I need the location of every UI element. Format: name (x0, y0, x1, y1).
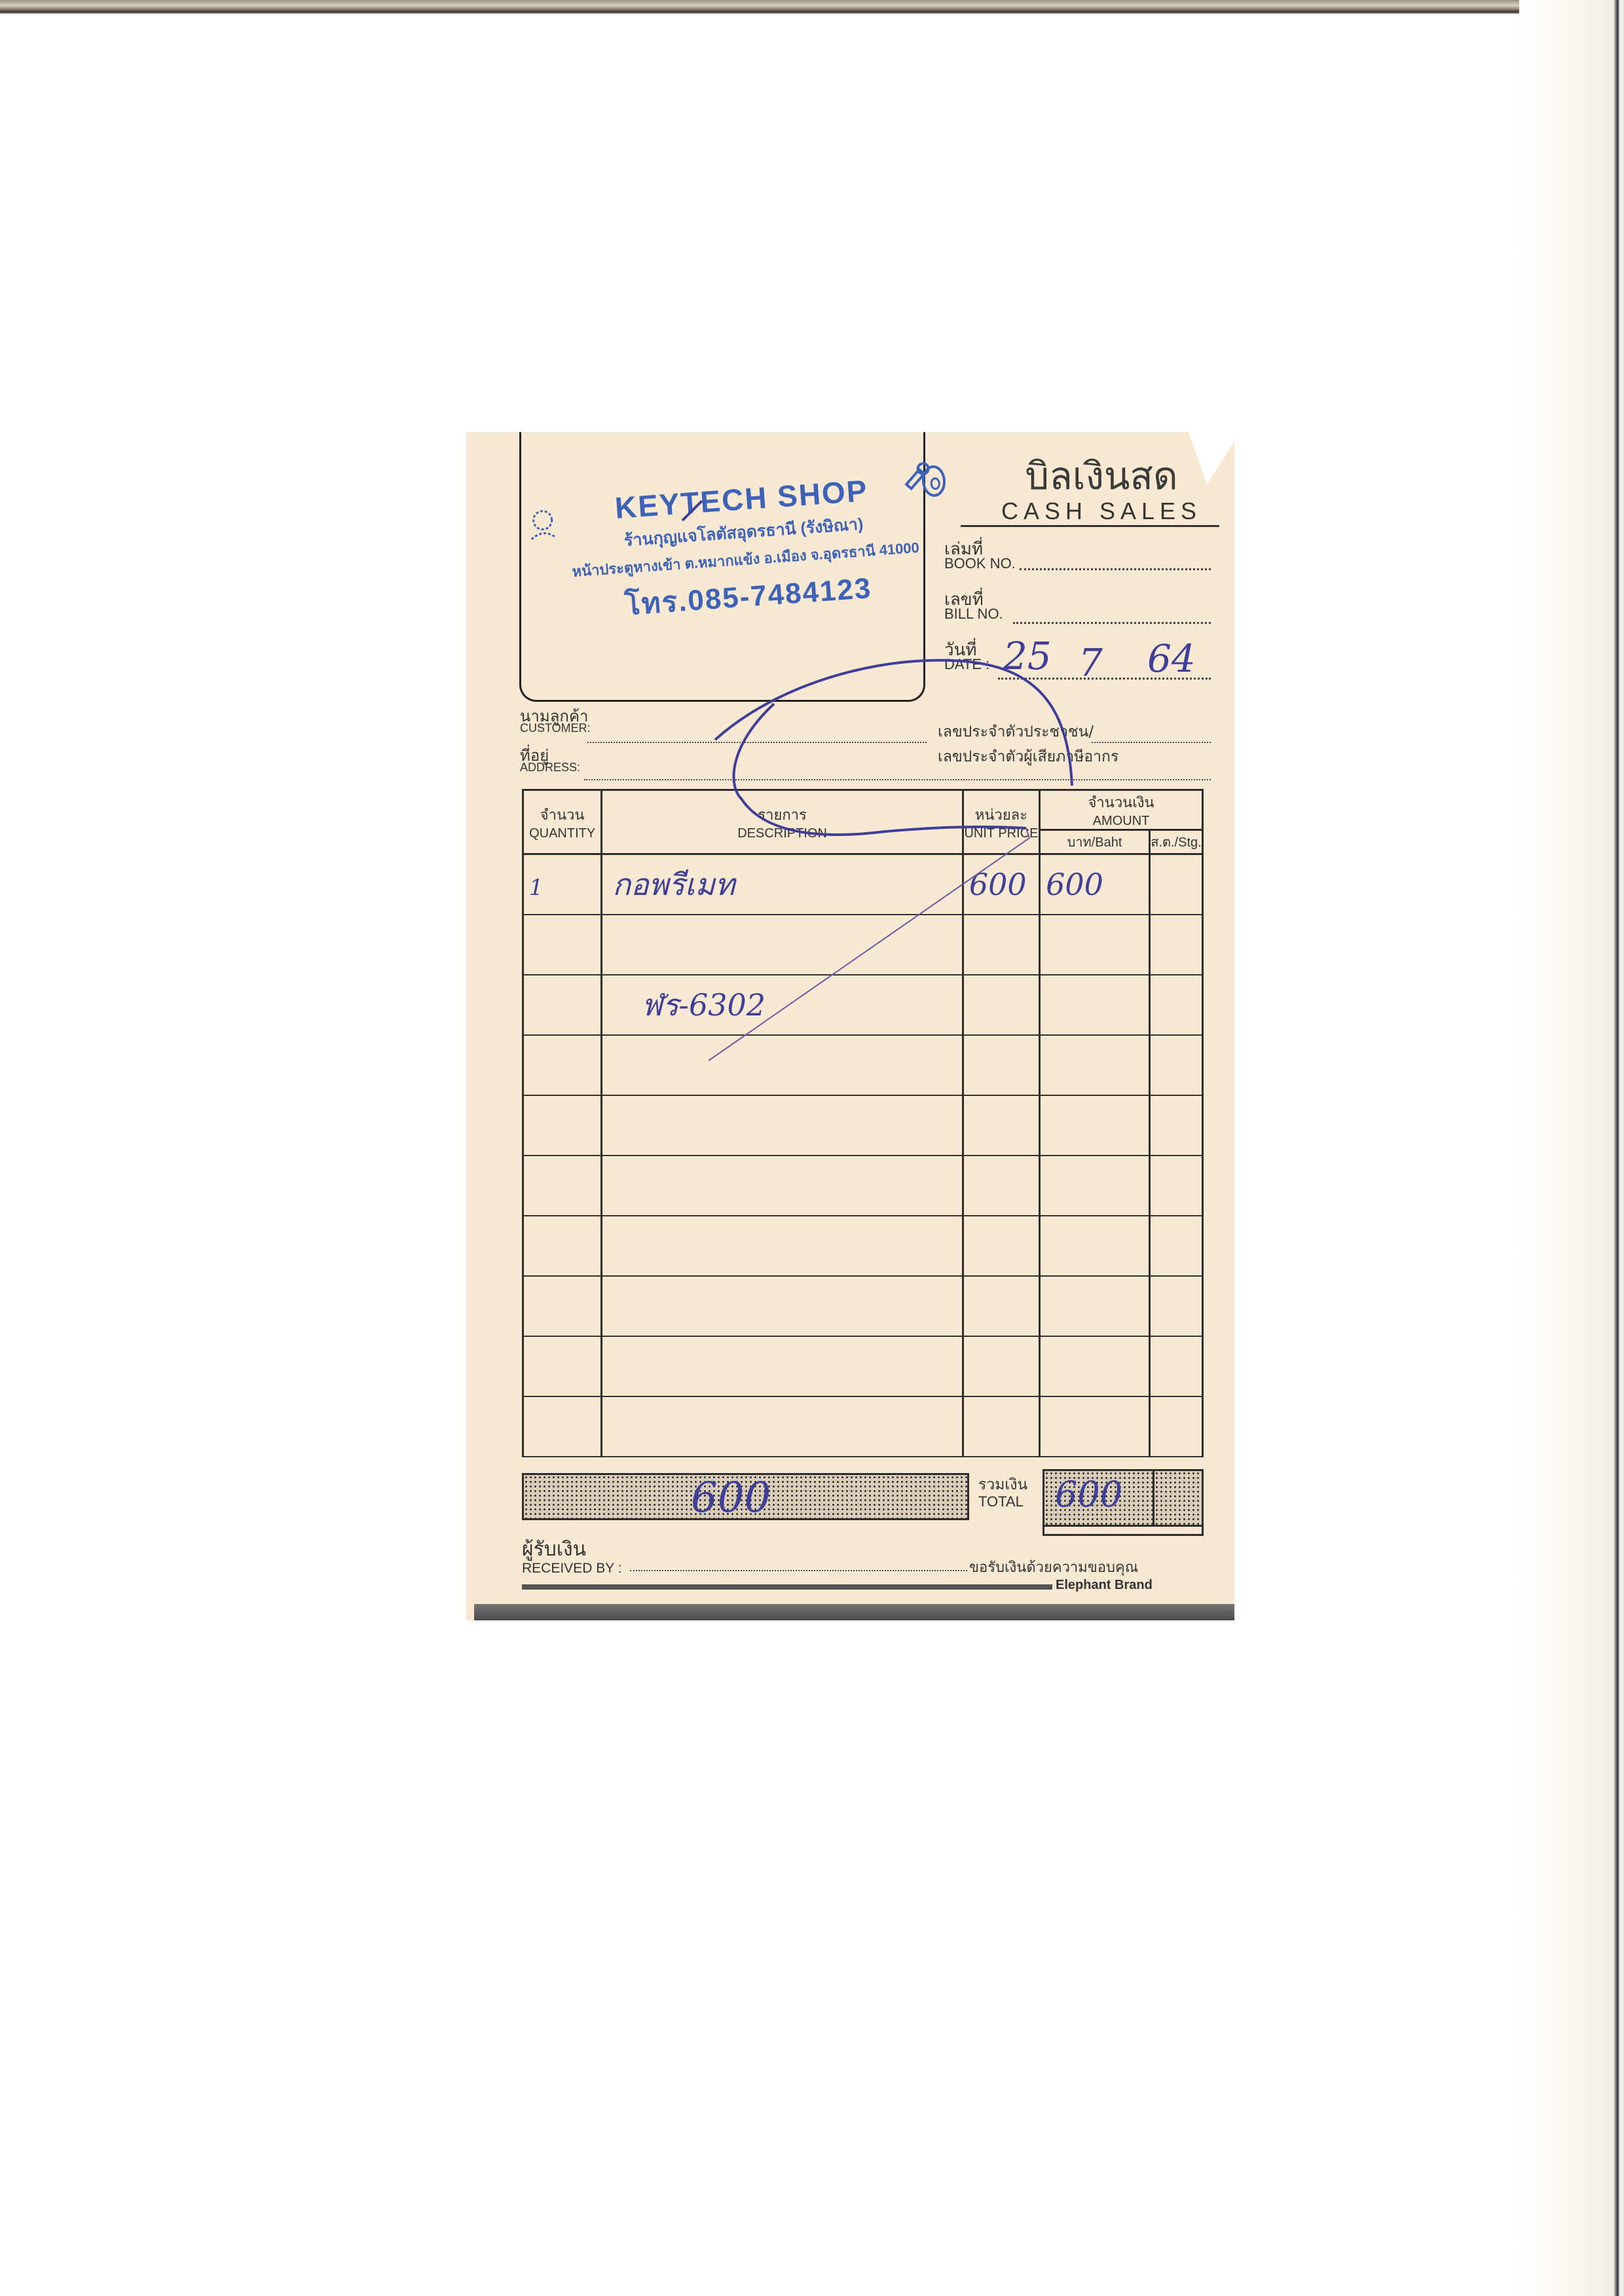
customer-name-field[interactable] (587, 742, 927, 743)
handwritten-value (1151, 867, 1156, 902)
date-year: 64 (1147, 636, 1196, 681)
cell-satang[interactable] (1149, 1276, 1202, 1336)
handwritten-value (1151, 1349, 1156, 1384)
table-row: 1กอพรีเมท600600 (523, 854, 1203, 915)
id-number-field[interactable] (1092, 742, 1211, 743)
brand-name: Elephant Brand (1056, 1578, 1153, 1593)
cell-satang[interactable] (1149, 1095, 1202, 1156)
handwritten-value (1041, 1228, 1046, 1264)
date-day: 25 (1003, 634, 1052, 678)
received-by-field[interactable] (630, 1570, 967, 1571)
cell-description[interactable] (602, 1156, 963, 1216)
header-unit-price: หน่วยละUNIT PRICE (963, 790, 1039, 854)
header-description: รายการDESCRIPTION (602, 790, 963, 854)
cell-baht[interactable] (1040, 1336, 1150, 1396)
header-satang: ส.ต./Stg. (1149, 830, 1202, 854)
handwritten-value (1041, 1108, 1046, 1143)
key-icon (896, 454, 951, 509)
total-box: 600 (1043, 1469, 1204, 1527)
title-english: CASH SALES (977, 498, 1226, 525)
book-no-label: เล่มที่ BOOK NO. (944, 542, 1016, 571)
table-row (523, 1156, 1203, 1216)
cell-quantity[interactable]: 1 (523, 854, 602, 915)
received-by-label: ผู้รับเงิน RECEIVED BY : (522, 1539, 622, 1576)
taxid-label: เลขประจำตัวผู้เสียภาษีอากร (938, 745, 1118, 769)
cell-baht[interactable]: 600 (1040, 854, 1150, 915)
cell-quantity[interactable] (523, 1216, 602, 1276)
total-amount: 600 (1055, 1474, 1122, 1515)
cash-sales-receipt: KEYTECH SHOP ร้านกุญแจโลตัสอุดรธานี (รัง… (466, 432, 1234, 1620)
cell-baht[interactable] (1040, 1216, 1150, 1276)
handwritten-value (524, 1116, 529, 1142)
scanner-right-edge (1519, 0, 1624, 2296)
handwritten-value (1151, 1228, 1156, 1264)
address-field[interactable] (584, 779, 1211, 780)
table-row: ฬร-6302 (523, 975, 1203, 1035)
cell-description[interactable] (602, 1035, 963, 1095)
handwritten-value (602, 1349, 612, 1384)
cell-unit-price[interactable] (963, 1336, 1039, 1396)
handwritten-value (1041, 1349, 1046, 1384)
handwritten-value (602, 1108, 612, 1143)
cell-quantity[interactable] (523, 1035, 602, 1095)
cell-baht[interactable] (1040, 1095, 1150, 1156)
brand-bar (522, 1584, 1052, 1590)
cell-description[interactable] (602, 1396, 963, 1457)
handwritten-value (524, 1417, 529, 1443)
handwritten-value (524, 1296, 529, 1322)
table-row (523, 1336, 1203, 1396)
handwritten-value (964, 1168, 969, 1203)
handwritten-value (1041, 987, 1046, 1023)
handwritten-value (602, 1288, 612, 1324)
handwritten-value (524, 1236, 529, 1262)
handwritten-value (1151, 1048, 1156, 1083)
cell-baht[interactable] (1040, 1396, 1150, 1457)
cell-quantity[interactable] (523, 1276, 602, 1336)
cell-satang[interactable] (1149, 975, 1202, 1035)
total-underline (1043, 1527, 1204, 1536)
table-row (523, 1216, 1203, 1276)
cell-satang[interactable] (1149, 1396, 1202, 1457)
handwritten-value (602, 1228, 612, 1264)
handwritten-value (602, 1048, 612, 1083)
handwritten-value (602, 1409, 612, 1444)
handwritten-value (1151, 1168, 1156, 1203)
handwritten-value (524, 935, 529, 961)
cell-satang[interactable] (1149, 915, 1202, 975)
handwritten-value (602, 1168, 612, 1203)
shop-stamp-box: KEYTECH SHOP ร้านกุญแจโลตัสอุดรธานี (รัง… (519, 432, 925, 702)
cell-unit-price[interactable] (963, 1035, 1039, 1095)
handwritten-value (1041, 1288, 1046, 1324)
cell-unit-price[interactable] (963, 1396, 1039, 1457)
handwritten-value: ฬร-6302 (602, 987, 766, 1023)
header-baht: บาท/Baht (1040, 830, 1150, 854)
book-no-field[interactable] (1020, 568, 1211, 570)
date-month: 7 (1079, 640, 1103, 685)
handwritten-value (1151, 987, 1156, 1023)
cell-description[interactable] (602, 1276, 963, 1336)
handwritten-value (524, 1357, 529, 1383)
handwritten-value (1151, 1108, 1156, 1143)
handwritten-value (524, 1176, 529, 1202)
cell-description[interactable] (602, 915, 963, 975)
handwritten-value (964, 1409, 969, 1444)
handwritten-value (524, 995, 529, 1021)
scanner-top-edge (0, 0, 1624, 14)
bill-no-field[interactable] (1013, 622, 1211, 624)
handwritten-value (602, 927, 612, 962)
handwritten-value: 600 (1041, 867, 1103, 902)
table-row (523, 1276, 1203, 1336)
handwritten-value (964, 1288, 969, 1324)
cell-description[interactable] (602, 1336, 963, 1396)
customer-label: นามลูกค้า CUSTOMER: (520, 710, 591, 734)
receipt-bottom-edge (474, 1604, 1234, 1620)
handwritten-value: 600 (964, 867, 1027, 902)
cell-description[interactable]: ฬร-6302 (602, 975, 963, 1035)
amount-in-words: 600 (691, 1474, 771, 1522)
cell-unit-price[interactable] (963, 1095, 1039, 1156)
handwritten-value (1041, 1168, 1046, 1203)
handwritten-value (1151, 1288, 1156, 1324)
handwritten-value (964, 1108, 969, 1143)
handwritten-value: 1 (524, 875, 544, 901)
cell-baht[interactable] (1040, 1156, 1150, 1216)
table-row (523, 1396, 1203, 1457)
handwritten-value (524, 1055, 529, 1082)
cell-quantity[interactable] (523, 1336, 602, 1396)
handwritten-value (1041, 1409, 1046, 1444)
cell-baht[interactable] (1040, 975, 1150, 1035)
cell-description[interactable] (602, 1216, 963, 1276)
handwritten-value (964, 987, 969, 1023)
table-row (523, 1095, 1203, 1156)
total-divider (1153, 1471, 1154, 1525)
cell-unit-price[interactable] (963, 1216, 1039, 1276)
cell-baht[interactable] (1040, 915, 1150, 975)
cell-unit-price[interactable] (963, 1276, 1039, 1336)
shop-stamp: KEYTECH SHOP ร้านกุญแจโลตัสอุดรธานี (รัง… (557, 469, 932, 632)
title-underline (961, 525, 1219, 527)
cell-satang[interactable] (1149, 1336, 1202, 1396)
handwritten-value: กอพรีเมท (602, 867, 735, 902)
cell-quantity[interactable] (523, 1396, 602, 1457)
cell-quantity[interactable] (523, 1156, 602, 1216)
cell-baht[interactable] (1040, 1276, 1150, 1336)
cell-unit-price[interactable] (963, 1156, 1039, 1216)
cell-quantity[interactable] (523, 915, 602, 975)
date-label: วันที่ DATE : (944, 643, 989, 672)
cell-unit-price[interactable]: 600 (963, 854, 1039, 915)
cell-unit-price[interactable] (963, 915, 1039, 975)
table-row (523, 1035, 1203, 1095)
bill-no-label: เลขที่ BILL NO. (944, 592, 1003, 621)
cell-quantity[interactable] (523, 975, 602, 1035)
header-quantity: จำนวนQUANTITY (523, 790, 602, 854)
handwritten-value (1151, 927, 1156, 962)
handwritten-value (1151, 1409, 1156, 1444)
cell-description[interactable]: กอพรีเมท (602, 854, 963, 915)
thank-you-text: ขอรับเงินด้วยความขอบคุณ (969, 1556, 1138, 1578)
cell-description[interactable] (602, 1095, 963, 1156)
amount-in-words-box: 600 (522, 1473, 969, 1520)
cell-quantity[interactable] (523, 1095, 602, 1156)
cell-unit-price[interactable] (963, 975, 1039, 1035)
cell-satang[interactable] (1149, 854, 1202, 915)
cell-baht[interactable] (1040, 1035, 1150, 1095)
address-label: ที่อยู่ ADDRESS: (520, 750, 580, 773)
bust-icon (525, 501, 561, 542)
cell-satang[interactable] (1149, 1156, 1202, 1216)
items-table: จำนวนQUANTITY รายการDESCRIPTION หน่วยละU… (522, 789, 1204, 1457)
cell-satang[interactable] (1149, 1035, 1202, 1095)
handwritten-value (964, 1048, 969, 1083)
total-label: รวมเงิน TOTAL (978, 1476, 1027, 1510)
handwritten-value (964, 927, 969, 962)
header-amount: จำนวนเงินAMOUNT (1040, 790, 1203, 830)
handwritten-value (964, 1228, 969, 1264)
table-row (523, 915, 1203, 975)
id-label: เลขประจำตัวประชาชน/ (938, 720, 1094, 744)
handwritten-value (964, 1349, 969, 1384)
handwritten-value (1041, 927, 1046, 962)
handwritten-value (1041, 1048, 1046, 1083)
cell-satang[interactable] (1149, 1216, 1202, 1276)
